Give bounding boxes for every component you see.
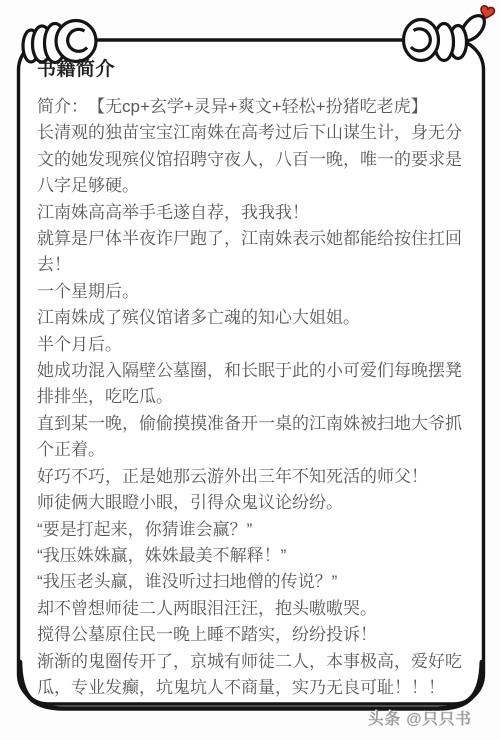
story-paragraph: 好巧不巧，正是她那云游外出三年不知死活的师父！	[37, 464, 464, 490]
story-paragraph: 长清观的独苗宝宝江南姝在高考过后下山谋生计，身无分文的她发现殡仪馆招聘守夜人，八…	[37, 120, 464, 199]
book-intro-card: 书籍简介 简介： 【无cp+玄学+灵异+爽文+轻松+扮猪吃老虎】 长清观的独苗宝…	[0, 0, 500, 740]
story-paragraph: “要是打起来，你猜谁会赢？”	[37, 517, 464, 543]
story-paragraph: 她成功混入隔壁公墓圈，和长眠于此的小可爱们每晚摆凳排排坐，吃吃瓜。	[37, 358, 464, 411]
story-paragraph: 直到某一晚，偷偷摸摸准备开一桌的江南姝被扫地大爷抓个正着。	[37, 411, 464, 464]
story-paragraph: 江南姝成了殡仪馆诸多亡魂的知心大姐姐。	[37, 305, 464, 331]
watermark: 头条 @只只书	[368, 707, 472, 729]
heart-icon	[479, 5, 495, 20]
story-paragraph: “我压老头赢，谁没听过扫地僧的传说？”	[37, 569, 464, 595]
page-title: 书籍简介	[37, 54, 464, 81]
story-paragraph: 简介： 【无cp+玄学+灵异+爽文+轻松+扮猪吃老虎】	[37, 94, 464, 120]
story-paragraph: 却不曾想师徒二人两眼泪汪汪，抱头嗷嗷哭。	[37, 596, 464, 622]
story-paragraph: 半个月后。	[37, 332, 464, 358]
story-paragraph: 江南姝高高举手毛遂自荐，我我我！	[37, 200, 464, 226]
story-paragraph: 一个星期后。	[37, 279, 464, 305]
story-paragraph: 渐渐的鬼圈传开了，京城有师徒二人，本事极高，爱好吃瓜，专业发癫，坑鬼坑人不商量，…	[37, 649, 464, 702]
story-paragraph: “我压姝姝赢，姝姝最美不解释！”	[37, 543, 464, 569]
story-paragraph: 搅得公墓原住民一晚上睡不踏实，纷纷投诉！	[37, 622, 464, 648]
card-content: 书籍简介 简介： 【无cp+玄学+灵异+爽文+轻松+扮猪吃老虎】 长清观的独苗宝…	[37, 54, 464, 701]
story-paragraph: 师徒俩大眼瞪小眼，引得众鬼议论纷纷。	[37, 490, 464, 516]
story-paragraph: 就算是尸体半夜诈尸跑了，江南姝表示她都能给按住扛回去！	[37, 226, 464, 279]
story-text: 简介： 【无cp+玄学+灵异+爽文+轻松+扮猪吃老虎】 长清观的独苗宝宝江南姝在…	[37, 94, 464, 701]
